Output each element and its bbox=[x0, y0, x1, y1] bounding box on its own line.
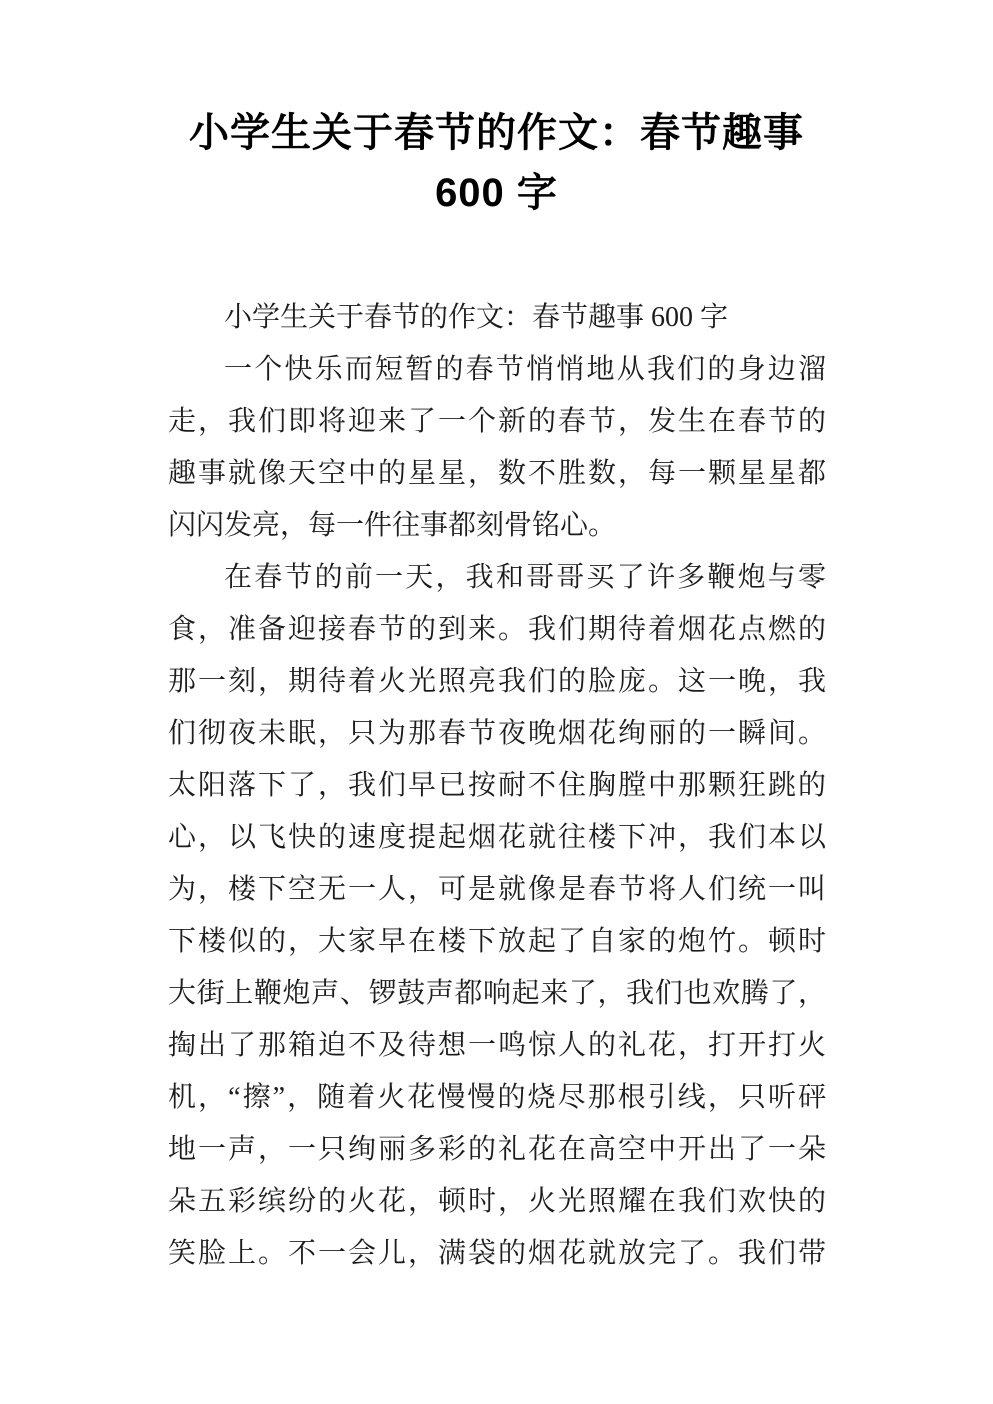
body-line: 一个快乐而短暂的春节悄悄地从我们的身边溜 bbox=[168, 344, 826, 396]
body-line: 们彻夜未眠，只为那春节夜晚烟花绚丽的一瞬间。 bbox=[168, 708, 826, 760]
body-line: 太阳落下了，我们早已按耐不住胸膛中那颗狂跳的 bbox=[168, 760, 826, 812]
title-line-1: 小学生关于春节的作文：春节趣事 bbox=[0, 103, 993, 163]
body-line: 食，准备迎接春节的到来。我们期待着烟花点燃的 bbox=[168, 604, 826, 656]
body-line: 下楼似的，大家早在楼下放起了自家的炮竹。顿时 bbox=[168, 916, 826, 968]
body-line: 笑脸上。不一会儿，满袋的烟花就放完了。我们带 bbox=[168, 1228, 826, 1280]
body-line: 掏出了那箱迫不及待想一鸣惊人的礼花，打开打火 bbox=[168, 1020, 826, 1072]
body-line: 心，以飞快的速度提起烟花就往楼下冲，我们本以 bbox=[168, 812, 826, 864]
body-line: 为，楼下空无一人，可是就像是春节将人们统一叫 bbox=[168, 864, 826, 916]
body-line: 大街上鞭炮声、锣鼓声都响起来了，我们也欢腾了， bbox=[168, 968, 826, 1020]
body-line: 在春节的前一天，我和哥哥买了许多鞭炮与零 bbox=[168, 552, 826, 604]
document-title: 小学生关于春节的作文：春节趣事 600 字 bbox=[0, 103, 993, 223]
body-line: 机，“擦”，随着火花慢慢的烧尽那根引线，只听砰 bbox=[168, 1072, 826, 1124]
body-line: 朵五彩缤纷的火花，顿时，火光照耀在我们欢快的 bbox=[168, 1176, 826, 1228]
document-page: 小学生关于春节的作文：春节趣事 600 字 小学生关于春节的作文：春节趣事 60… bbox=[0, 0, 993, 1404]
body-line: 地一声，一只绚丽多彩的礼花在高空中开出了一朵 bbox=[168, 1124, 826, 1176]
body-line: 那一刻，期待着火光照亮我们的脸庞。这一晚，我 bbox=[168, 656, 826, 708]
body-line: 闪闪发亮，每一件往事都刻骨铭心。 bbox=[168, 500, 826, 552]
document-body: 小学生关于春节的作文：春节趣事 600 字一个快乐而短暂的春节悄悄地从我们的身边… bbox=[168, 292, 826, 1280]
body-line: 走，我们即将迎来了一个新的春节，发生在春节的 bbox=[168, 396, 826, 448]
body-line: 小学生关于春节的作文：春节趣事 600 字 bbox=[168, 292, 826, 344]
title-line-2: 600 字 bbox=[0, 163, 993, 223]
body-line: 趣事就像天空中的星星，数不胜数，每一颗星星都 bbox=[168, 448, 826, 500]
